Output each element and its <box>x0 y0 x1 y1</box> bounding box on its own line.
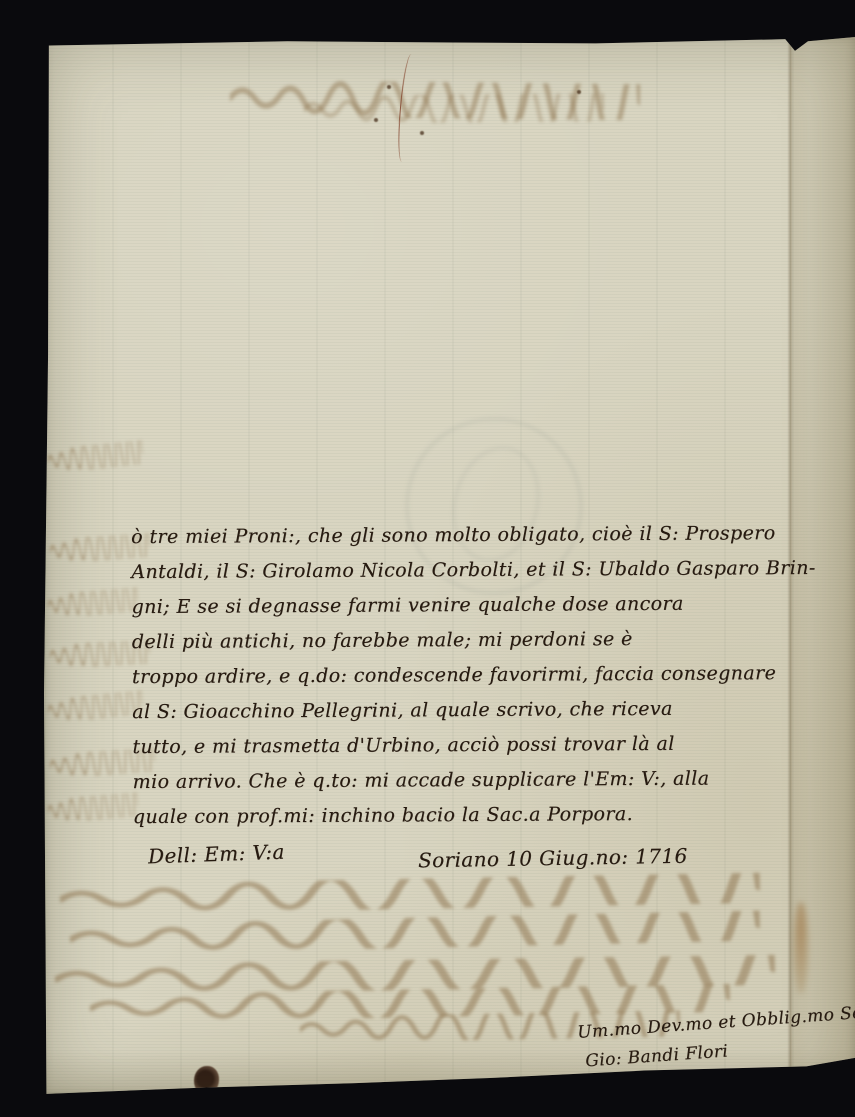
letter-line: troppo ardire, e q.do: condescende favor… <box>132 656 816 695</box>
paper-stain <box>793 902 809 994</box>
manuscript-scan: ò tre miei Proni:, che gli sono molto ob… <box>0 0 855 1117</box>
letter-line: tutto, e mi trasmetta d'Urbino, acciò po… <box>132 726 816 765</box>
valediction: Dell: Em: V:a <box>148 840 285 869</box>
ink-speck <box>420 131 424 135</box>
show-through-line <box>304 93 604 124</box>
show-through-line <box>47 690 144 724</box>
letter-page: ò tre miei Proni:, che gli sono molto ob… <box>44 36 855 1096</box>
letter-line: quale con prof.mi: inchino bacio la Sac.… <box>133 796 817 835</box>
show-through-line <box>47 587 139 619</box>
dateline: Soriano 10 Giug.no: 1716 <box>418 844 688 873</box>
show-through-line <box>70 911 760 955</box>
show-through-line <box>47 440 144 474</box>
ink-speck <box>374 118 378 122</box>
letter-line: Antaldi, il S: Girolamo Nicola Corbolti,… <box>131 551 815 590</box>
letter-line: al S: Gioacchino Pellegrini, al quale sc… <box>132 691 816 730</box>
letter-line: delli più antichi, no farebbe male; mi p… <box>132 621 816 660</box>
letter-line: mio arrivo. Che è q.to: mi accade suppli… <box>133 761 817 800</box>
letter-body: ò tre miei Proni:, che gli sono molto ob… <box>131 516 817 835</box>
letter-line: ò tre miei Proni:, che gli sono molto ob… <box>131 516 815 555</box>
show-through-line <box>47 792 139 824</box>
ink-speck <box>577 90 581 94</box>
letter-line: gni; E se si degnasse farmi venire qualc… <box>131 586 815 625</box>
ink-blot <box>194 1066 219 1095</box>
show-through-line <box>60 873 760 915</box>
ink-speck <box>387 85 391 89</box>
